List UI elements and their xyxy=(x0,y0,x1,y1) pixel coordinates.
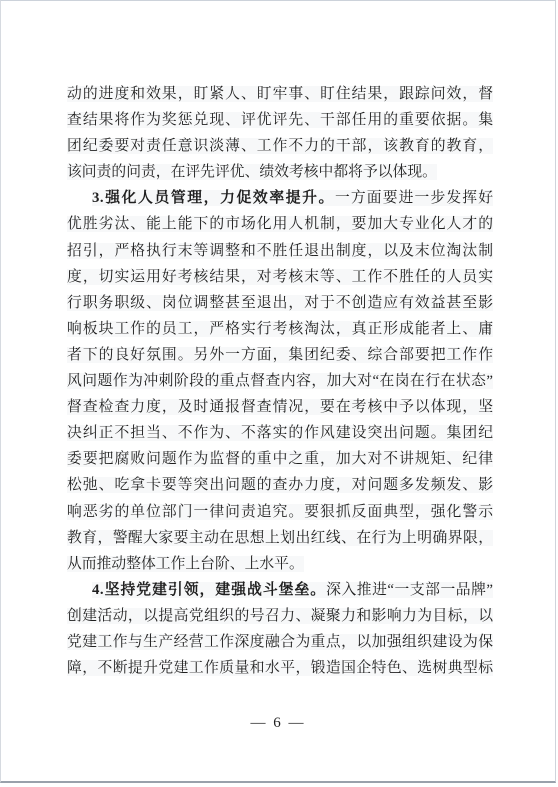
paragraph-text: 督查检查力度，及时通报督查情况，要在考核中予以体现，坚 xyxy=(67,399,493,415)
paragraph-text: 优胜劣汰、能上能下的市场化用人机制，要加大专业化人才的 xyxy=(67,216,493,232)
paragraph-text: 从而推动整体工作上台阶、上水平。 xyxy=(67,556,304,572)
paragraph-text: 响恶劣的单位部门一律问责追究。要狠抓反面典型，强化警示 xyxy=(67,504,493,520)
paragraph-text: 风问题作为冲刺阶段的重点督查内容，加大对“在岗在行在状态” xyxy=(67,373,493,389)
paragraph-text: 障，不断提升党建工作质量和水平，锻造国企特色、选树典型标 xyxy=(67,660,493,676)
text-line: 度，切实运用好考核结果，对考核末等、工作不胜任的人员实 xyxy=(67,264,493,290)
paragraph-text: 招引，严格执行末等调整和不胜任退出制度，以及末位淘汰制 xyxy=(67,243,493,259)
paragraph-text: 深入推进“一支部一品牌” xyxy=(326,582,493,598)
paragraph-heading-bold: 4.坚持党建引领，建强战斗堡垒。 xyxy=(92,582,326,598)
text-line: 委要把腐败问题作为监督的重中之重，加大对不讲规矩、纪律 xyxy=(67,446,493,472)
paragraph-text: 一方面要进一步发挥好 xyxy=(335,190,493,206)
paragraph-text: 动的进度和效果，盯紧人、盯牢事、盯住结果，跟踪问效，督 xyxy=(67,86,493,102)
text-line: 3.强化人员管理，力促效率提升。一方面要进一步发挥好 xyxy=(67,185,493,211)
paragraph-text: 行职务职级、岗位调整甚至退出，对于不创造应有效益甚至影 xyxy=(67,295,493,311)
text-line: 团纪委要对责任意识淡薄、工作不力的干部，该教育的教育， xyxy=(67,133,493,159)
paragraph-text: 创建活动，以提高党组织的号召力、凝聚力和影响力为目标，以 xyxy=(67,608,493,624)
text-line: 招引，严格执行末等调整和不胜任退出制度，以及末位淘汰制 xyxy=(67,238,493,264)
text-line: 松弛、吃拿卡要等突出问题的查办力度，对问题多发频发、影 xyxy=(67,472,493,498)
text-line: 党建工作与生产经营工作深度融合为重点，以加强组织建设为保 xyxy=(67,629,493,655)
text-line: 障，不断提升党建工作质量和水平，锻造国企特色、选树典型标 xyxy=(67,655,493,681)
paragraph-heading-bold: 3.强化人员管理，力促效率提升。 xyxy=(92,190,335,206)
text-line: 创建活动，以提高党组织的号召力、凝聚力和影响力为目标，以 xyxy=(67,603,493,629)
paragraph-text: 度，切实运用好考核结果，对考核末等、工作不胜任的人员实 xyxy=(67,269,493,285)
text-line: 风问题作为冲刺阶段的重点督查内容，加大对“在岗在行在状态” xyxy=(67,368,493,394)
paragraph-text: 该问责的问责，在评先评优、绩效考核中都将予以体现。 xyxy=(67,164,437,180)
text-line: 该问责的问责，在评先评优、绩效考核中都将予以体现。 xyxy=(67,159,493,185)
paragraph-text: 委要把腐败问题作为监督的重中之重，加大对不讲规矩、纪律 xyxy=(67,451,493,467)
paragraph-text: 党建工作与生产经营工作深度融合为重点，以加强组织建设为保 xyxy=(67,634,493,650)
text-line: 督查检查力度，及时通报督查情况，要在考核中予以体现，坚 xyxy=(67,394,493,420)
paragraph-text: 教育，警醒大家要主动在思想上划出红线、在行为上明确界限， xyxy=(67,530,493,546)
document-page: 动的进度和效果，盯紧人、盯牢事、盯住结果，跟踪问效，督查结果将作为奖惩兑现、评优… xyxy=(0,0,556,783)
paragraph-text: 团纪委要对责任意识淡薄、工作不力的干部，该教育的教育， xyxy=(67,138,493,154)
text-line: 行职务职级、岗位调整甚至退出，对于不创造应有效益甚至影 xyxy=(67,290,493,316)
paragraph-text: 决纠正不担当、不作为、不落实的作风建设突出问题。集团纪 xyxy=(67,425,493,441)
paragraph-text: 查结果将作为奖惩兑现、评优评先、干部任用的重要依据。集 xyxy=(67,112,493,128)
page-number: — 6 — xyxy=(1,715,555,732)
paragraph-text: 者下的良好氛围。另外一方面，集团纪委、综合部要把工作作 xyxy=(67,347,493,363)
text-line: 者下的良好氛围。另外一方面，集团纪委、综合部要把工作作 xyxy=(67,342,493,368)
text-line: 4.坚持党建引领，建强战斗堡垒。深入推进“一支部一品牌” xyxy=(67,577,493,603)
paragraph-text: 松弛、吃拿卡要等突出问题的查办力度，对问题多发频发、影 xyxy=(67,477,493,493)
text-line: 查结果将作为奖惩兑现、评优评先、干部任用的重要依据。集 xyxy=(67,107,493,133)
text-line: 教育，警醒大家要主动在思想上划出红线、在行为上明确界限， xyxy=(67,525,493,551)
text-line: 从而推动整体工作上台阶、上水平。 xyxy=(67,551,493,577)
paragraph-text: 响板块工作的员工，严格实行考核淘汰，真正形成能者上、庸 xyxy=(67,321,493,337)
text-line: 响恶劣的单位部门一律问责追究。要狠抓反面典型，强化警示 xyxy=(67,499,493,525)
text-line: 优胜劣汰、能上能下的市场化用人机制，要加大专业化人才的 xyxy=(67,211,493,237)
text-line: 决纠正不担当、不作为、不落实的作风建设突出问题。集团纪 xyxy=(67,420,493,446)
document-lines: 动的进度和效果，盯紧人、盯牢事、盯住结果，跟踪问效，督查结果将作为奖惩兑现、评优… xyxy=(67,81,493,681)
text-line: 响板块工作的员工，严格实行考核淘汰，真正形成能者上、庸 xyxy=(67,316,493,342)
text-line: 动的进度和效果，盯紧人、盯牢事、盯住结果，跟踪问效，督 xyxy=(67,81,493,107)
